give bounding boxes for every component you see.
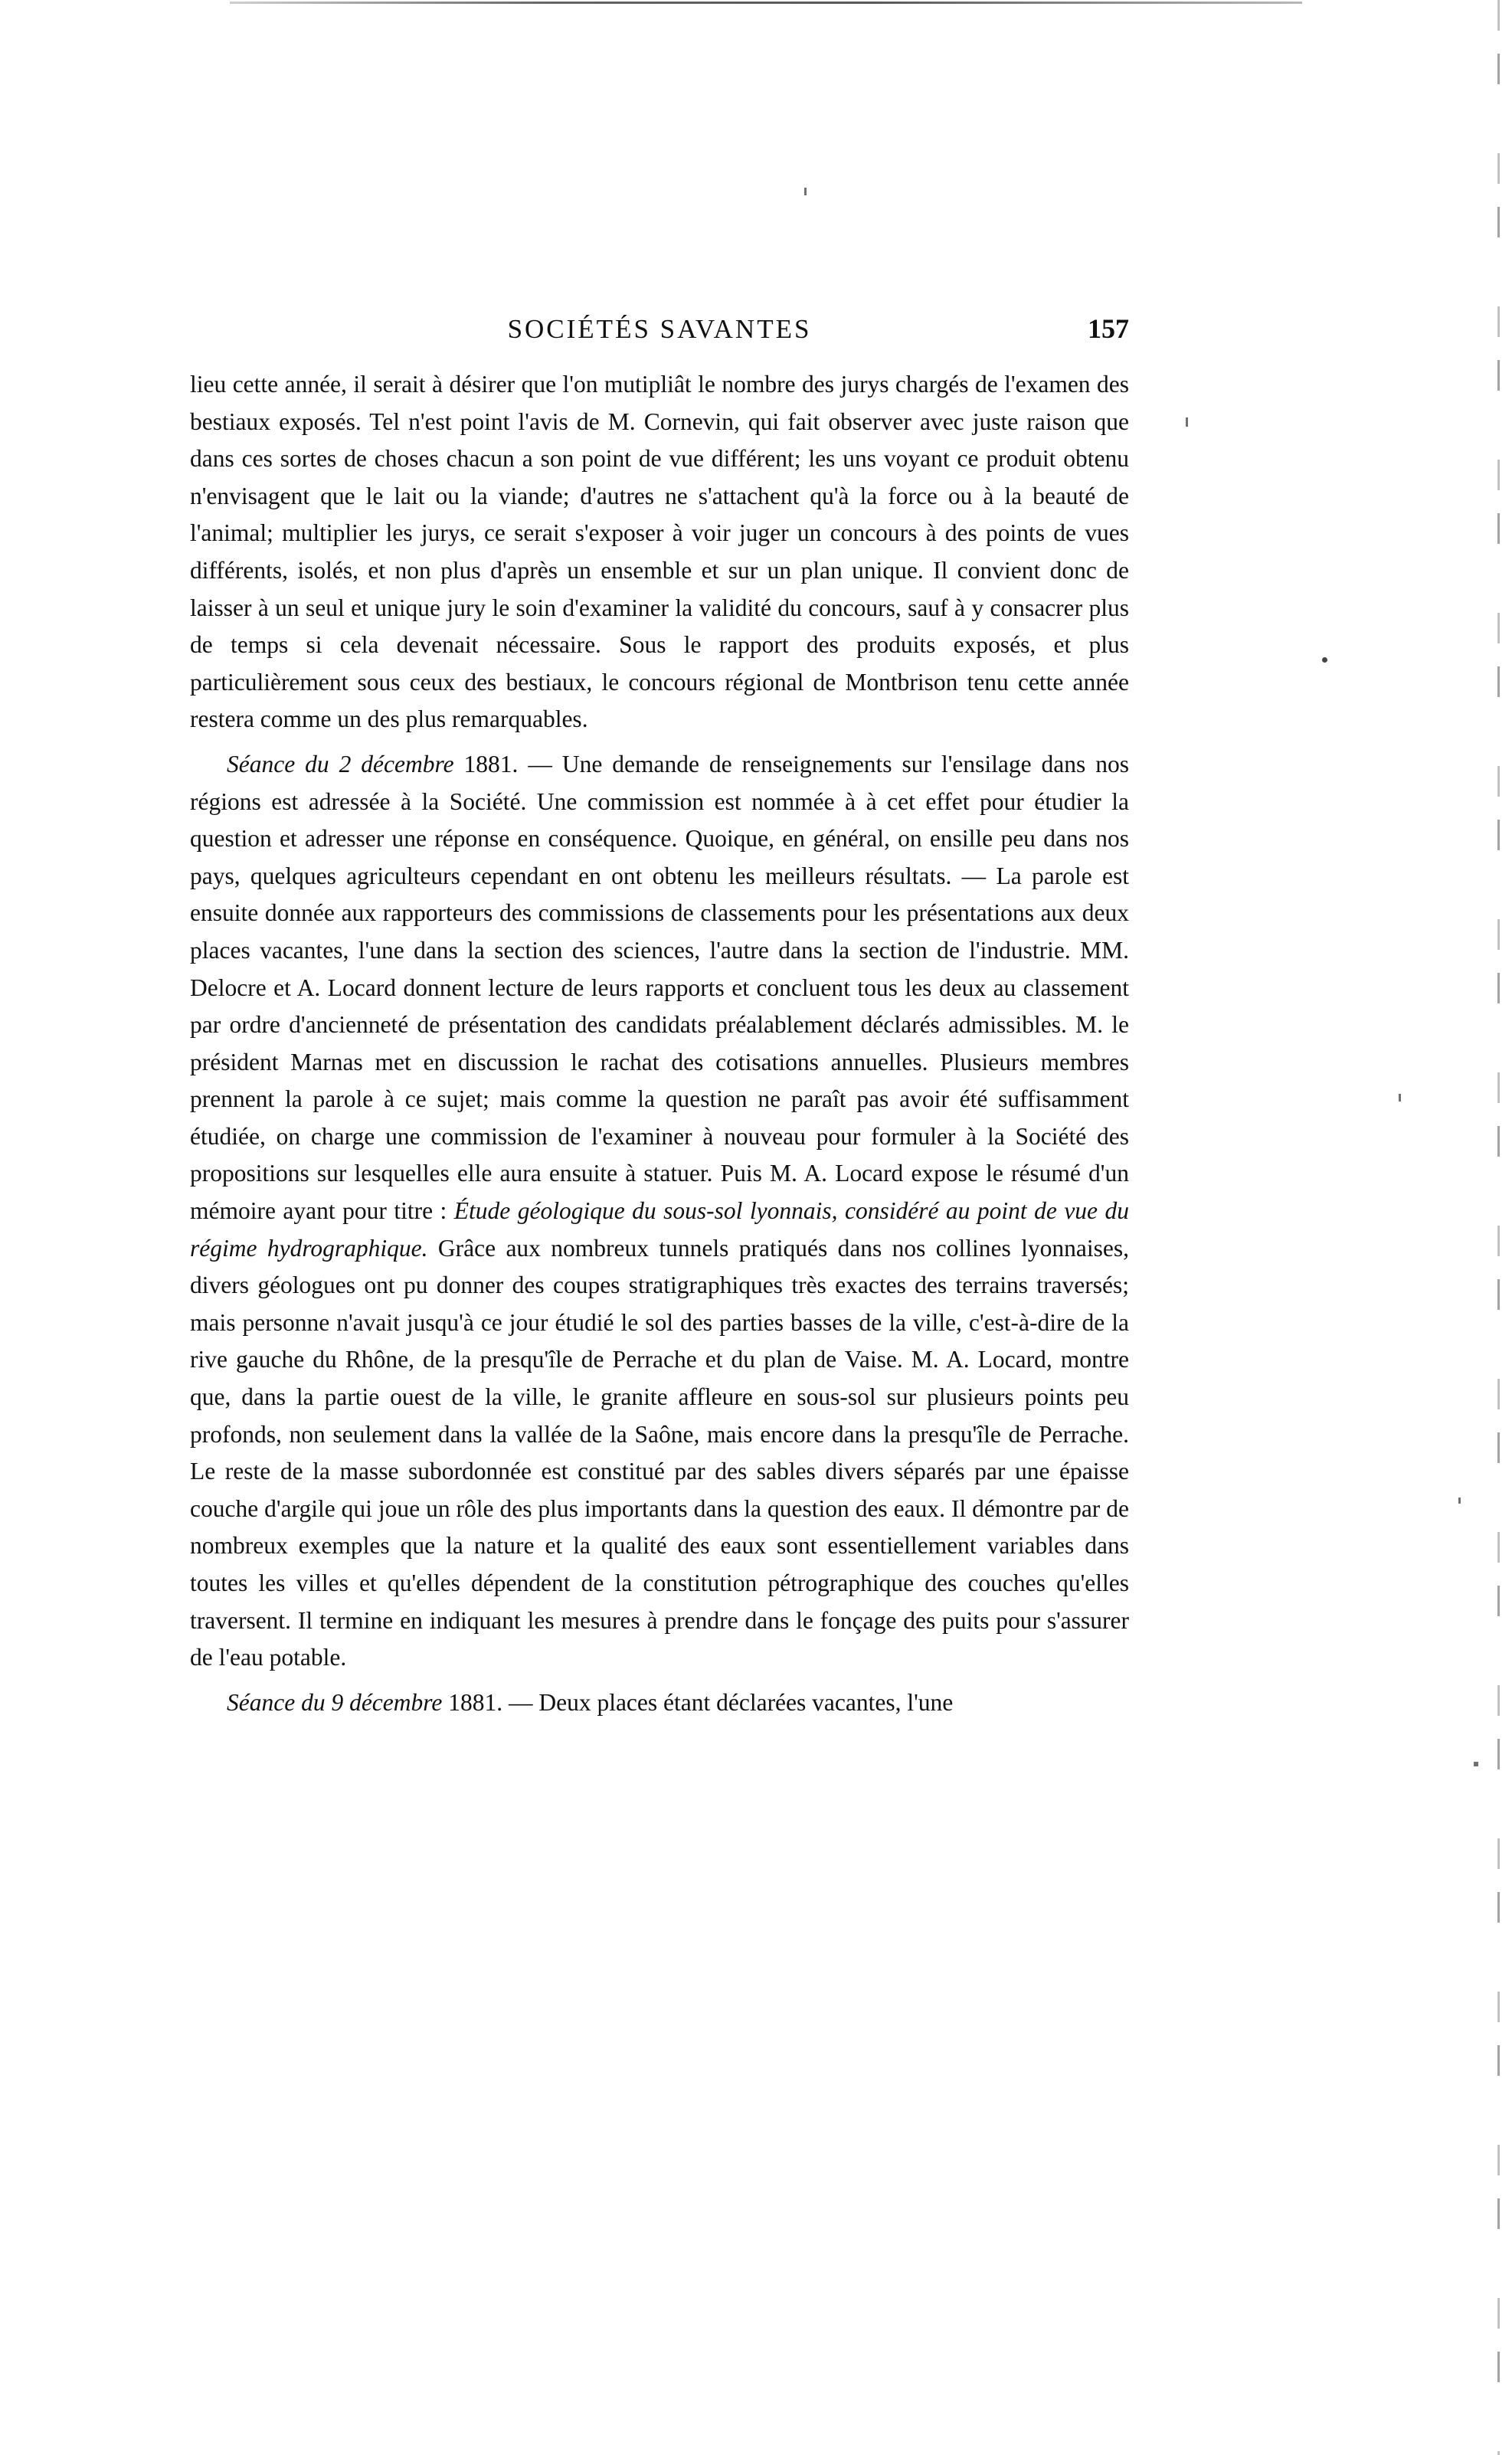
running-title: SOCIÉTÉS SAVANTES: [190, 314, 1129, 345]
page-number: 157: [1088, 313, 1129, 345]
scan-edge-artifact: [230, 2, 1302, 4]
seance-body-text: — Une demande de renseignements sur l'en…: [190, 751, 1129, 1224]
paragraph-spacer: [190, 738, 1129, 746]
scan-speck: [1474, 1762, 1478, 1766]
scan-speck: [1399, 1094, 1401, 1101]
scan-margin-artifact: [1497, 0, 1500, 2455]
scan-speck: [1458, 1498, 1461, 1504]
running-header: SOCIÉTÉS SAVANTES 157: [190, 306, 1129, 349]
seance-body-text-continued: Grâce aux nombreux tunnels pratiqués dan…: [190, 1235, 1129, 1671]
seance-heading-date: Séance du 2 décembre: [227, 751, 454, 777]
seance-heading-date: Séance du 9 décembre: [227, 1689, 442, 1716]
seance-heading-year: 1881.: [448, 1689, 502, 1716]
seance-body-text: — Deux places étant déclarées vacantes, …: [509, 1689, 953, 1716]
scan-speck: [1186, 417, 1188, 427]
paragraph-seance-2-decembre: Séance du 2 décembre 1881. — Une demande…: [190, 746, 1129, 1677]
document-page: SOCIÉTÉS SAVANTES 157 lieu cette année, …: [190, 306, 1129, 1721]
paragraph-seance-9-decembre: Séance du 9 décembre 1881. — Deux places…: [190, 1684, 1129, 1722]
paragraph-continuation: lieu cette année, il serait à désirer qu…: [190, 366, 1129, 738]
paragraph-spacer: [190, 1677, 1129, 1684]
seance-heading-year: 1881.: [464, 751, 519, 777]
scan-speck: [804, 188, 807, 195]
scan-dot: [1322, 657, 1327, 663]
